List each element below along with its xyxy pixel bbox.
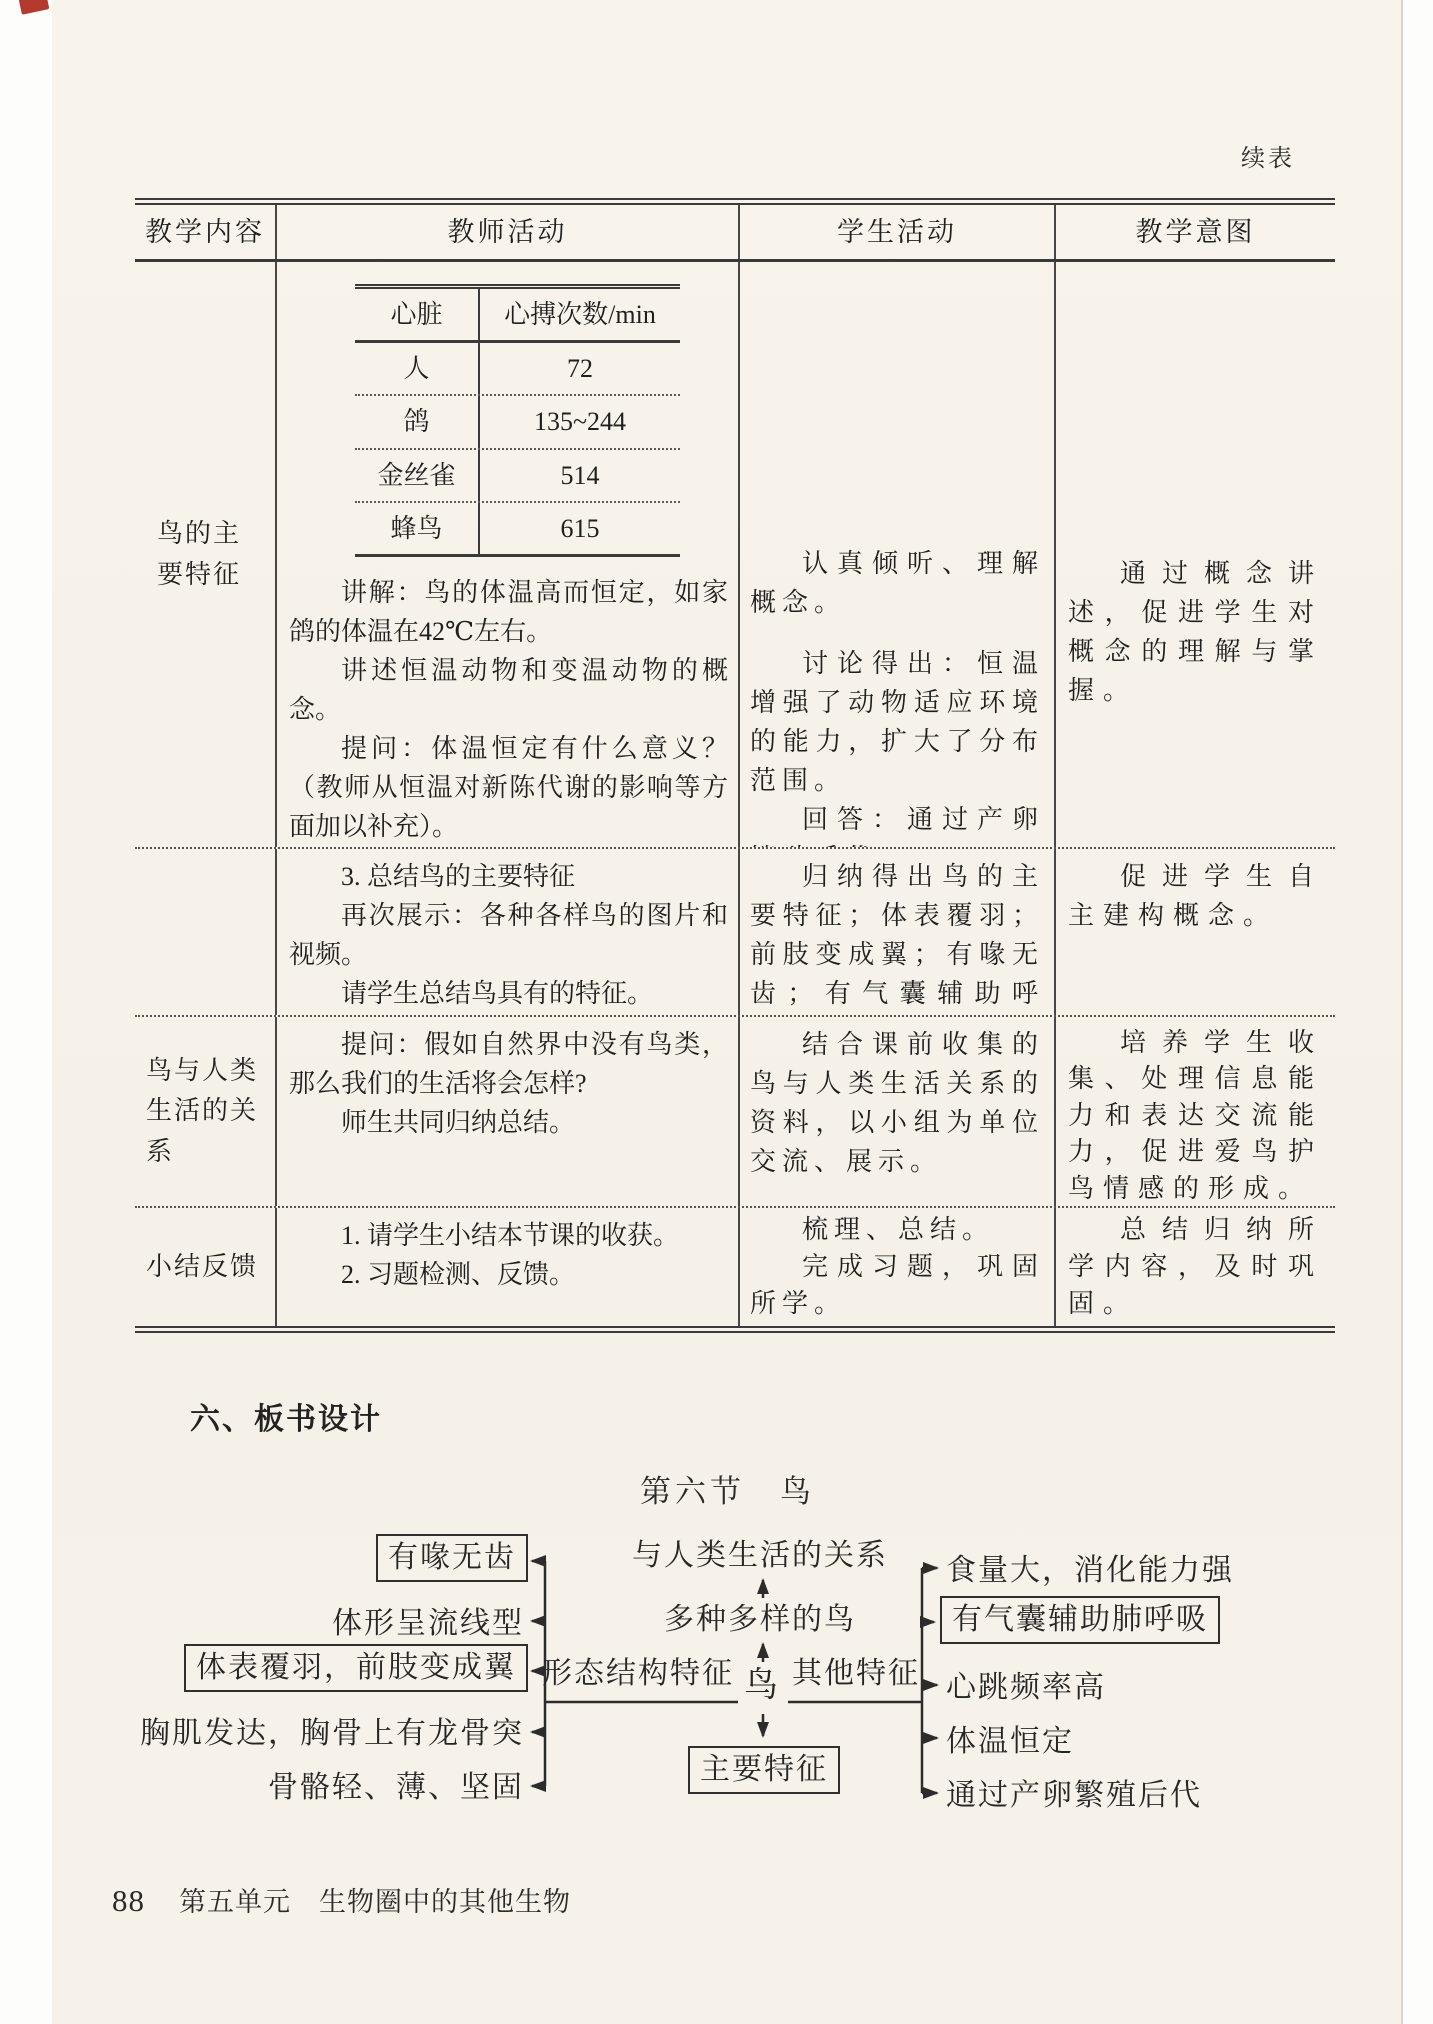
node-main-features: 主要特征: [688, 1746, 840, 1794]
paragraph: 提问：鸟如何繁殖后代?: [289, 846, 728, 847]
left-item-pectoral-keel: 胸肌发达，胸骨上有龙骨突: [140, 1716, 524, 1752]
right-item-egg-laying: 通过产卵繁殖后代: [946, 1778, 1202, 1814]
continued-table-label: 续表: [1241, 138, 1295, 173]
heart-rate-row-canary: 金丝雀 514: [355, 450, 680, 503]
student-activity-cell: 梳理、总结。 完成习题，巩固所学。: [740, 1208, 1056, 1326]
paragraph: 梳理、总结。: [750, 1212, 1044, 1249]
animal-name: 金丝雀: [355, 450, 480, 501]
heart-rate-header-organ: 心脏: [355, 289, 480, 340]
label-morphology-features: 形态结构特征: [542, 1656, 734, 1692]
teaching-content-cell: 鸟与人类生活的关系: [135, 1017, 277, 1206]
paragraph: 3. 总结鸟的主要特征: [289, 857, 728, 896]
page-footer: 88第五单元 生物圈中的其他生物: [112, 1880, 571, 1919]
paragraph: 促进学生自主建构概念。: [1068, 857, 1323, 935]
board-design-title: 第六节 鸟: [640, 1466, 815, 1511]
table-row-summary-feedback: 小结反馈 1. 请学生小结本节课的收获。 2. 习题检测、反馈。 梳理、总结。 …: [135, 1208, 1335, 1326]
right-item-big-appetite: 食量大，消化能力强: [946, 1553, 1234, 1589]
board-design-diagram: 有喙无齿 体形呈流线型 体表覆羽，前肢变成翼 胸肌发达，胸骨上有龙骨突 骨骼轻、…: [140, 1520, 1350, 1860]
left-item-light-bones: 骨骼轻、薄、坚固: [268, 1770, 524, 1806]
paragraph: 总结归纳所学内容，及时巩固。: [1068, 1212, 1323, 1323]
paragraph: 认真倾听、理解概念。: [750, 544, 1044, 622]
paragraph: 归纳得出鸟的主要特征；体表覆羽；前肢变成翼；有喙无齿；有气囊辅助呼吸。: [750, 857, 1044, 1015]
book-page: 续表 教学内容 教师活动 学生活动 教学意图 鸟的主要特征 心脏 心搏次数/mi…: [0, 0, 1433, 2024]
heart-rate-table: 心脏 心搏次数/min 人 72 鸽 135~244 金丝雀 514: [355, 284, 680, 557]
student-activity-cell: 结合课前收集的鸟与人类生活关系的资料，以小组为单位交流、展示。: [740, 1017, 1056, 1206]
teaching-content-cell: 鸟的主要特征: [135, 262, 277, 847]
row-label: 鸟的主要特征: [157, 514, 253, 595]
header-cell-student-activity: 学生活动: [740, 205, 1056, 259]
paragraph: 师生共同归纳总结。: [289, 1103, 728, 1142]
paragraph: 讨论得出：恒温增强了动物适应环境的能力，扩大了分布范围。: [750, 644, 1044, 800]
node-relation-with-human-life: 与人类生活的关系: [632, 1538, 888, 1574]
teaching-intent-cell: 总结归纳所学内容，及时巩固。: [1056, 1208, 1335, 1326]
paragraph: 请学生总结鸟具有的特征。: [289, 974, 728, 1013]
teacher-activity-cell: 3. 总结鸟的主要特征 再次展示：各种各样鸟的图片和视频。 请学生总结鸟具有的特…: [277, 849, 740, 1015]
table-row-birds-and-human-life: 鸟与人类生活的关系 提问：假如自然界中没有鸟类，那么我们的生活将会怎样? 师生共…: [135, 1017, 1335, 1208]
right-item-air-sacs: 有气囊辅助肺呼吸: [940, 1596, 1220, 1644]
teaching-intent-cell: 通过概念讲述，促进学生对概念的理解与掌握。: [1056, 262, 1335, 847]
paragraph: 结合课前收集的鸟与人类生活关系的资料，以小组为单位交流、展示。: [750, 1025, 1044, 1181]
heart-rate-row-pigeon: 鸽 135~244: [355, 396, 680, 449]
heart-rate-header-rate: 心搏次数/min: [480, 289, 680, 340]
table-row-summarize-features: 3. 总结鸟的主要特征 再次展示：各种各样鸟的图片和视频。 请学生总结鸟具有的特…: [135, 849, 1335, 1017]
rate-value: 72: [480, 343, 680, 394]
header-cell-teaching-intent: 教学意图: [1056, 205, 1335, 259]
student-activity-cell: 归纳得出鸟的主要特征；体表覆羽；前肢变成翼；有喙无齿；有气囊辅助呼吸。: [740, 849, 1056, 1015]
animal-name: 鸽: [355, 396, 480, 447]
paragraph: 培养学生收集、处理信息能力和表达交流能力，促进爱鸟护鸟情感的形成。: [1068, 1025, 1323, 1206]
heart-rate-row-hummingbird: 蜂鸟 615: [355, 503, 680, 554]
animal-name: 蜂鸟: [355, 503, 480, 554]
teacher-activity-cell: 提问：假如自然界中没有鸟类，那么我们的生活将会怎样? 师生共同归纳总结。: [277, 1017, 740, 1206]
scan-edge-left: [0, 0, 52, 2024]
rate-value: 135~244: [480, 396, 680, 447]
heart-rate-header-row: 心脏 心搏次数/min: [355, 289, 680, 343]
label-other-features: 其他特征: [792, 1656, 920, 1692]
table-row-bird-main-features: 鸟的主要特征 心脏 心搏次数/min 人 72 鸽 135~244: [135, 262, 1335, 849]
paragraph: 提问：体温恒定有什么意义？（教师从恒温对新陈代谢的影响等方面加以补充）。: [289, 729, 728, 846]
paragraph: 回答：通过产卵繁殖后代。: [750, 800, 1044, 847]
paragraph: 1. 请学生小结本节课的收获。: [289, 1216, 728, 1255]
paragraph: 通过概念讲述，促进学生对概念的理解与掌握。: [1068, 554, 1323, 710]
paragraph: 提问：假如自然界中没有鸟类，那么我们的生活将会怎样?: [289, 1025, 728, 1103]
teacher-activity-cell: 1. 请学生小结本节课的收获。 2. 习题检测、反馈。: [277, 1208, 740, 1326]
node-various-birds: 多种多样的鸟: [664, 1602, 856, 1638]
left-item-beak-no-teeth: 有喙无齿: [376, 1534, 528, 1582]
header-cell-teacher-activity: 教师活动: [277, 205, 740, 259]
rate-value: 615: [480, 503, 680, 554]
teaching-content-cell: 小结反馈: [135, 1208, 277, 1326]
paragraph: 完成习题，巩固所学。: [750, 1249, 1044, 1323]
teaching-content-cell: [135, 849, 277, 1015]
page-number: 88: [112, 1883, 145, 1918]
lesson-plan-table: 教学内容 教师活动 学生活动 教学意图 鸟的主要特征 心脏 心搏次数/min 人…: [135, 198, 1335, 1333]
node-root-bird: 鸟: [744, 1666, 780, 1707]
row-label: 鸟与人类生活的关系: [146, 1051, 264, 1172]
footer-book-title: 第五单元 生物圈中的其他生物: [179, 1887, 571, 1917]
teacher-activity-cell: 心脏 心搏次数/min 人 72 鸽 135~244 金丝雀 514: [277, 262, 740, 847]
paragraph: 再次展示：各种各样鸟的图片和视频。: [289, 896, 728, 974]
rate-value: 514: [480, 450, 680, 501]
right-item-high-heart-rate: 心跳频率高: [946, 1670, 1106, 1706]
table-header-row: 教学内容 教师活动 学生活动 教学意图: [135, 205, 1335, 262]
paragraph: 讲述恒温动物和变温动物的概念。: [289, 651, 728, 729]
paragraph: 讲解：鸟的体温高而恒定，如家鸽的体温在42℃左右。: [289, 573, 728, 651]
section-heading-board-design: 六、板书设计: [190, 1394, 382, 1438]
teaching-intent-cell: 促进学生自主建构概念。: [1056, 849, 1335, 1015]
left-item-feathers-wings: 体表覆羽，前肢变成翼: [184, 1644, 528, 1692]
left-item-streamlined-body: 体形呈流线型: [332, 1606, 524, 1642]
teaching-intent-cell: 培养学生收集、处理信息能力和表达交流能力，促进爱鸟护鸟情感的形成。: [1056, 1017, 1335, 1206]
header-cell-teaching-content: 教学内容: [135, 205, 277, 259]
student-activity-cell: 认真倾听、理解概念。 讨论得出：恒温增强了动物适应环境的能力，扩大了分布范围。 …: [740, 262, 1056, 847]
heart-rate-row-human: 人 72: [355, 343, 680, 396]
scan-edge-right: [1401, 0, 1433, 2024]
right-item-constant-temperature: 体温恒定: [946, 1724, 1074, 1760]
paragraph: 2. 习题检测、反馈。: [289, 1255, 728, 1294]
animal-name: 人: [355, 343, 480, 394]
row-label: 小结反馈: [146, 1247, 264, 1287]
